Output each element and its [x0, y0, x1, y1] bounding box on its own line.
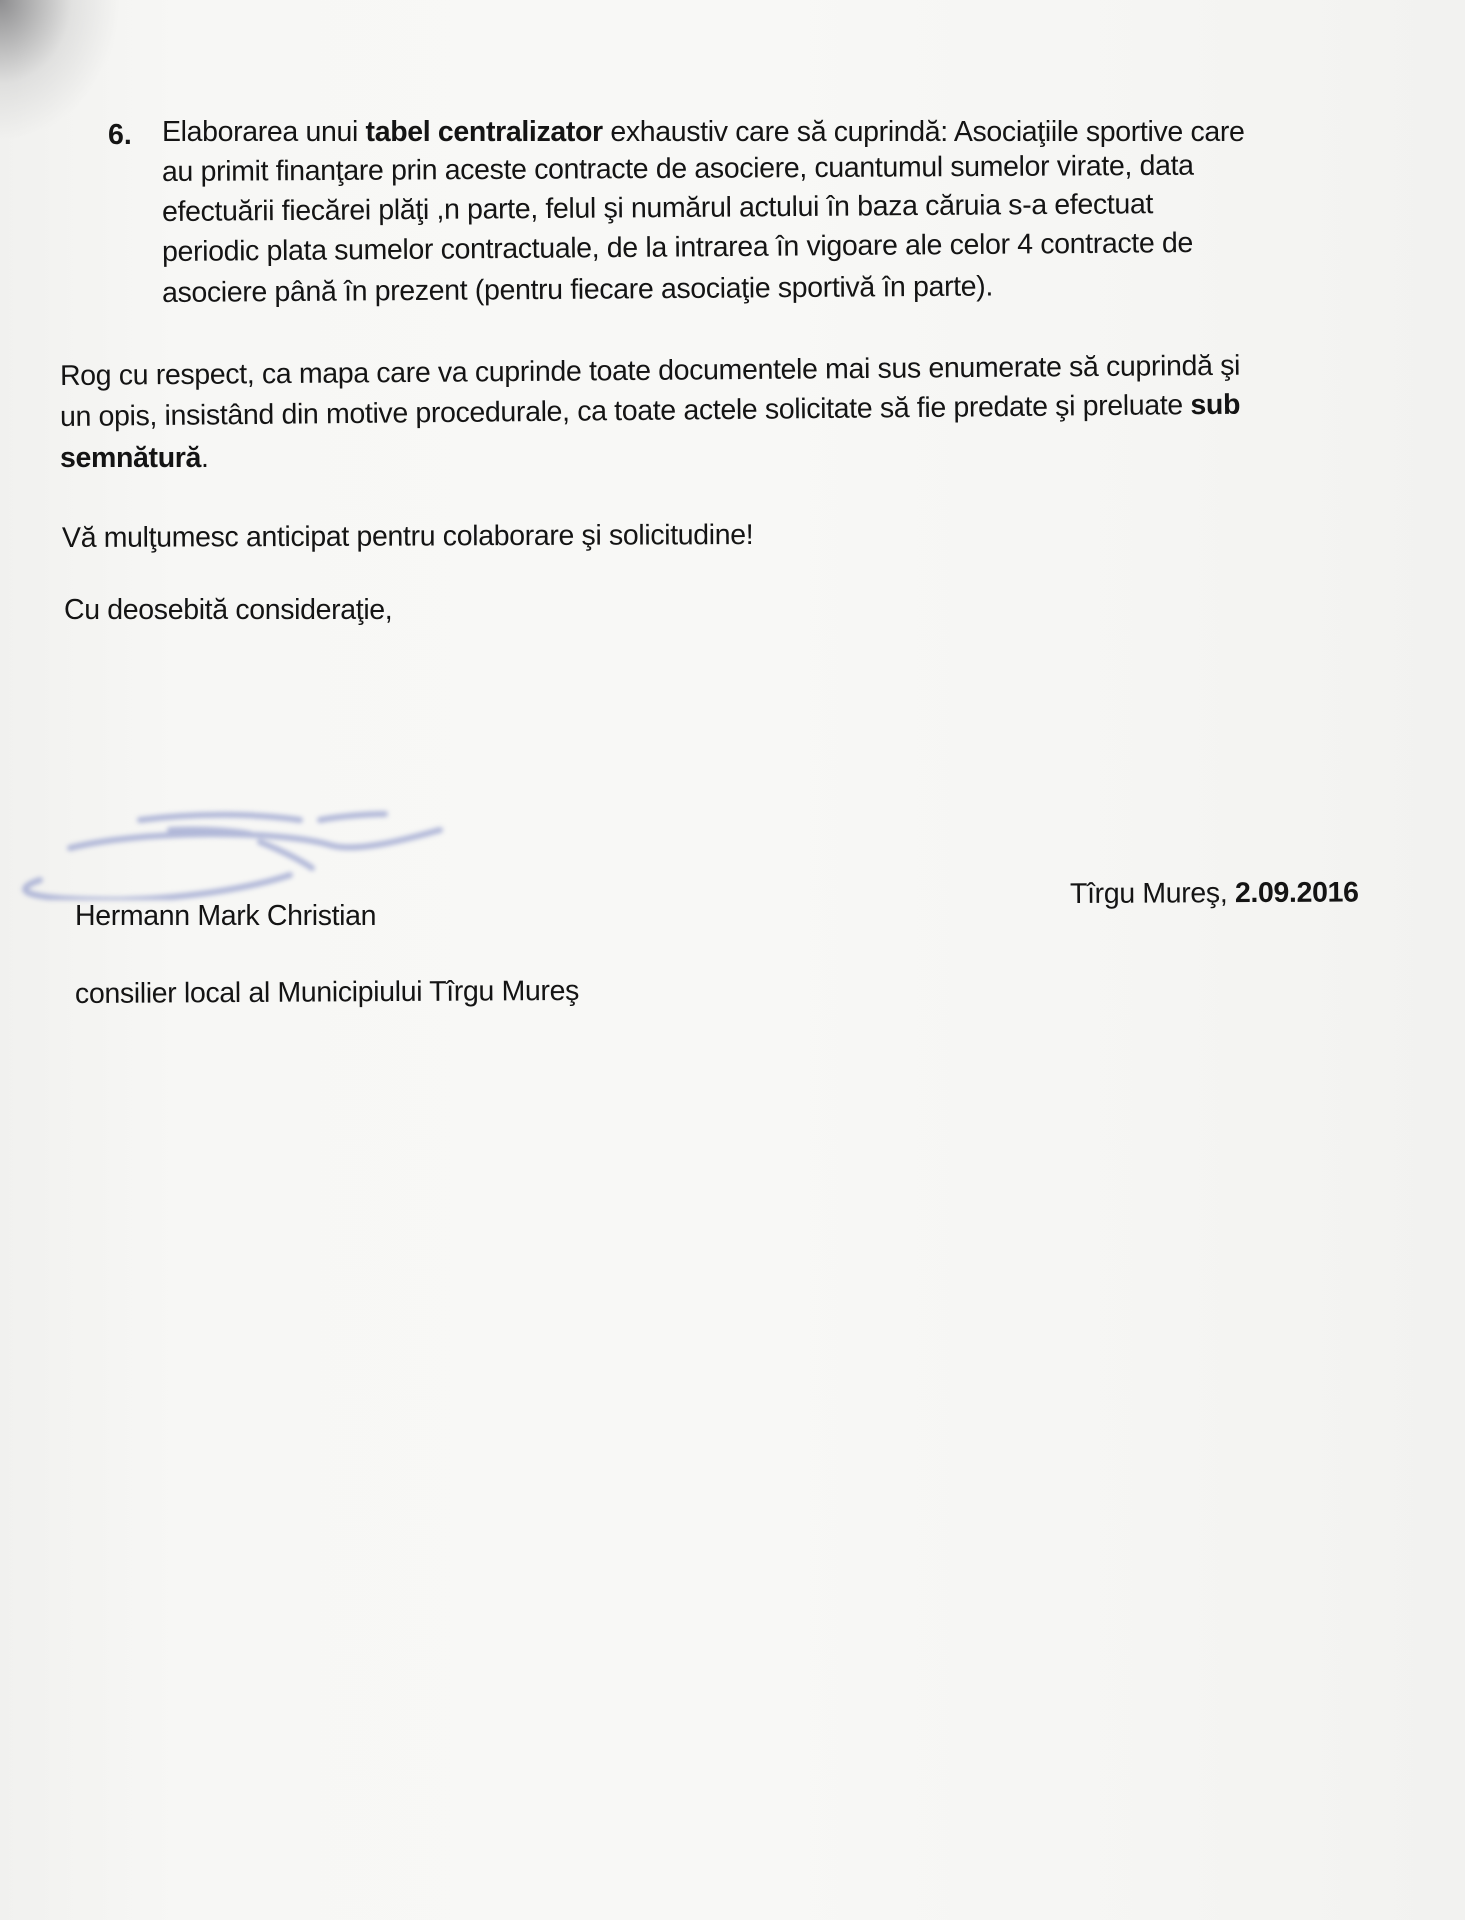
closing-line: Cu deosebită consideraţie,	[64, 596, 392, 625]
request-bold-semnatura: semnătură	[60, 442, 201, 474]
place-text: Tîrgu Mureş,	[1070, 877, 1235, 910]
date-text: 2.09.2016	[1235, 876, 1359, 909]
list-item-number: 6.	[108, 119, 132, 152]
item6-line-1-pre: Elaborarea unui	[162, 116, 366, 148]
item6-line-1: Elaborarea unui tabel centralizator exha…	[162, 118, 1245, 147]
thanks-line: Vă mulţumesc anticipat pentru colaborare…	[62, 521, 753, 553]
place-date: Tîrgu Mureş, 2.09.2016	[1070, 878, 1359, 908]
signatory-title: consilier local al Municipiului Tîrgu Mu…	[75, 977, 579, 1009]
handwritten-signature-icon	[0, 790, 480, 900]
request-bold-sub: sub	[1190, 389, 1240, 422]
item6-line-3: efectuării fiecărei plăţi ,n parte, felu…	[162, 190, 1153, 226]
item6-line-5: asociere până în prezent (pentru fiecare…	[162, 272, 993, 307]
item6-line-2: au primit finanţare prin aceste contract…	[162, 152, 1194, 187]
signatory-name: Hermann Mark Christian	[75, 902, 376, 931]
request-line-3-post: .	[201, 442, 209, 474]
item6-line-1-post: exhaustiv care să cuprindă: Asociaţiile …	[603, 116, 1245, 148]
item6-bold-phrase: tabel centralizator	[366, 116, 603, 148]
request-line-3: semnătură.	[60, 444, 209, 473]
